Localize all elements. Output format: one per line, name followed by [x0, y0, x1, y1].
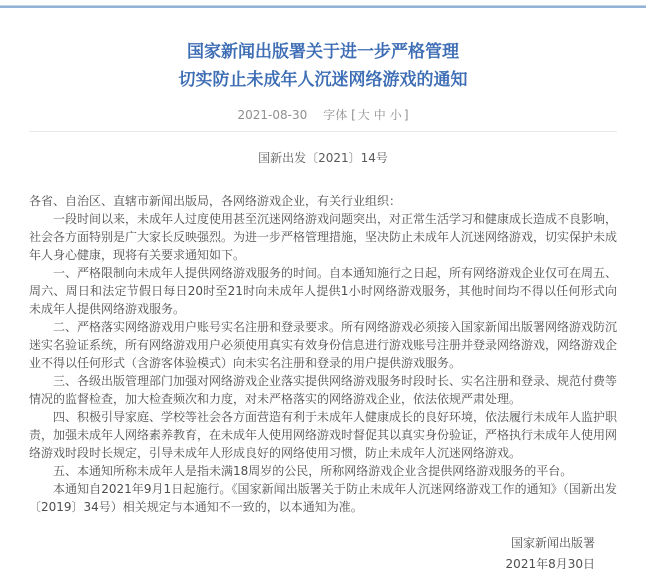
notice-paragraph-1: 一、严格限制向未成年人提供网络游戏服务的时间。自本通知施行之日起，所有网络游戏企… — [29, 264, 617, 318]
meta-bar: 2021-08-30字体 [大中小] — [29, 107, 617, 123]
page-title-line2: 切实防止未成年人沉迷网络游戏的通知 — [29, 66, 617, 94]
meta-divider — [29, 131, 617, 132]
notice-paragraph-effective: 本通知自2021年9月1日起施行。《国家新闻出版署关于防止未成年人沉迷网络游戏工… — [29, 480, 617, 516]
notice-paragraph-3: 三、各级出版管理部门加强对网络游戏企业落实提供网络游戏服务时段时长、实名注册和登… — [29, 372, 617, 408]
font-size-small-button[interactable]: 小 — [390, 108, 402, 122]
notice-page: 国家新闻出版署关于进一步严格管理 切实防止未成年人沉迷网络游戏的通知 2021-… — [0, 0, 646, 578]
page-title: 国家新闻出版署关于进一步严格管理 切实防止未成年人沉迷网络游戏的通知 — [29, 38, 617, 94]
notice-content: 国家新闻出版署关于进一步严格管理 切实防止未成年人沉迷网络游戏的通知 2021-… — [0, 38, 646, 575]
font-size-medium-button[interactable]: 中 — [374, 108, 386, 122]
salutation: 各省、自治区、直辖市新闻出版局，各网络游戏企业，有关行业组织： — [29, 192, 617, 210]
notice-paragraph-5: 五、本通知所称未成年人是指未满18周岁的公民，所称网络游戏企业含提供网络游戏服务… — [29, 462, 617, 480]
font-size-control: 字体 [大中小] — [323, 108, 408, 122]
font-size-label: 字体 — [323, 108, 347, 122]
font-size-large-button[interactable]: 大 — [358, 108, 370, 122]
signature-issuer: 国家新闻出版署 — [29, 533, 595, 554]
font-size-bracket-close: ] — [404, 108, 409, 122]
notice-paragraph-intro: 一段时间以来，未成年人过度使用甚至沉迷网络游戏问题突出，对正常生活学习和健康成长… — [29, 210, 617, 264]
signature-date: 2021年8月30日 — [29, 554, 595, 575]
publish-date: 2021-08-30 — [237, 108, 307, 122]
notice-paragraph-4: 四、积极引导家庭、学校等社会各方面营造有利于未成年人健康成长的良好环境，依法履行… — [29, 408, 617, 462]
document-number: 国新出发〔2021〕14号 — [29, 150, 617, 166]
signature-block: 国家新闻出版署 2021年8月30日 — [29, 533, 617, 575]
notice-paragraph-2: 二、严格落实网络游戏用户账号实名注册和登录要求。所有网络游戏必须接入国家新闻出版… — [29, 318, 617, 372]
notice-body: 各省、自治区、直辖市新闻出版局，各网络游戏企业，有关行业组织： 一段时间以来，未… — [29, 192, 617, 516]
font-size-bracket-open: [ — [351, 108, 356, 122]
top-accent-bar — [0, 5, 646, 8]
page-title-line1: 国家新闻出版署关于进一步严格管理 — [29, 38, 617, 66]
